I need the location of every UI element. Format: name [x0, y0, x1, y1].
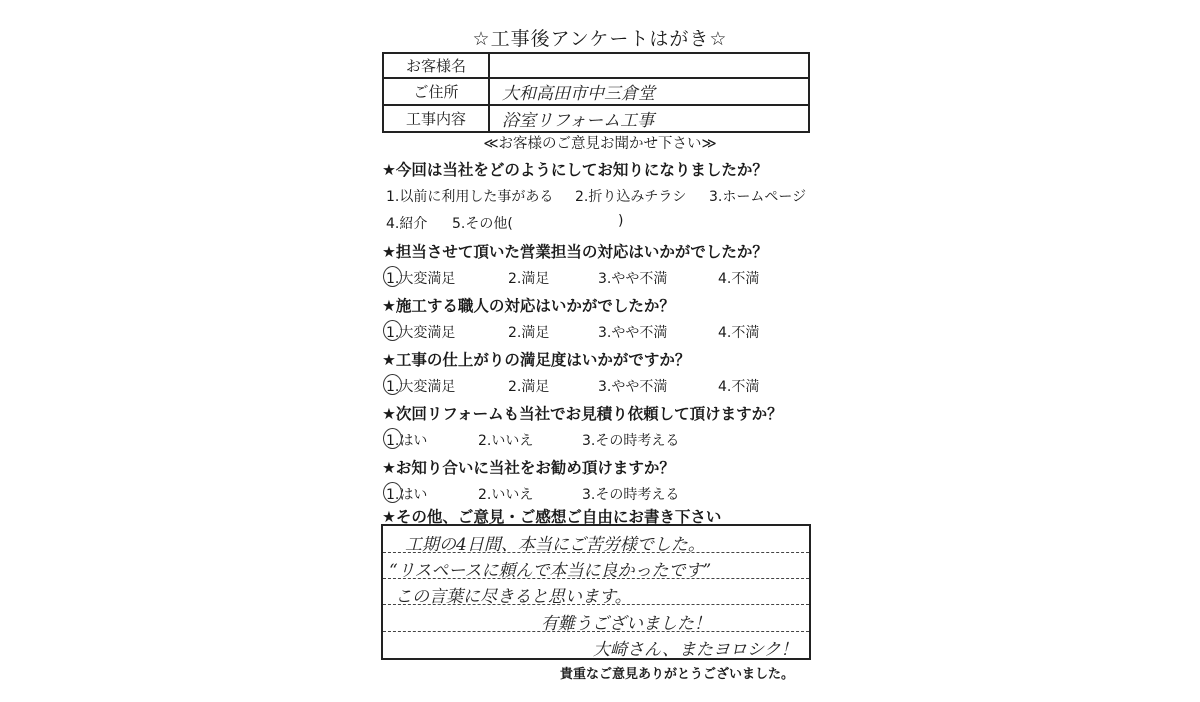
- option: ): [618, 213, 623, 229]
- option: 3.その時考える: [582, 430, 679, 450]
- option: 2.満足: [508, 322, 549, 342]
- option-selected: 1.大変満足: [386, 268, 455, 288]
- address-label: ご住所: [383, 78, 489, 105]
- customer-info-table: お客様名 ご住所 大和高田市中三倉堂 工事内容 浴室リフォーム工事: [382, 52, 810, 133]
- option-selected: 1.はい: [386, 430, 427, 450]
- question-2: ★担当させて頂いた営業担当の対応はいかがでしたか？: [382, 240, 768, 262]
- option: 2.いいえ: [478, 484, 533, 504]
- option-selected: 1.大変満足: [386, 322, 455, 342]
- footer-thanks: 貴重なご意見ありがとうございました。: [560, 663, 794, 682]
- work-content-row: 工事内容 浴室リフォーム工事: [383, 105, 809, 132]
- question-1: ★今回は当社をどのようにしてお知りになりましたか？: [382, 158, 768, 180]
- page-title: ☆工事後アンケートはがき☆: [0, 24, 1200, 51]
- option: 3.やや不満: [598, 376, 667, 396]
- option: 4.紹介: [386, 213, 427, 233]
- address-row: ご住所 大和高田市中三倉堂: [383, 78, 809, 105]
- customer-name-row: お客様名: [383, 53, 809, 78]
- customer-name-value: [489, 53, 809, 78]
- option-selected: 1.はい: [386, 484, 427, 504]
- option: 2.満足: [508, 376, 549, 396]
- comment-line-2: “リスペースに頼んで本当に良かったです”: [389, 556, 711, 581]
- work-content-value: 浴室リフォーム工事: [489, 105, 809, 132]
- work-content-label: 工事内容: [383, 105, 489, 132]
- comment-line-3: この言葉に尽きると思います。: [395, 582, 632, 607]
- option: 3.やや不満: [598, 322, 667, 342]
- option: 3.ホームページ: [709, 186, 806, 206]
- comment-box: 工期の4日間、本当にご苦労様でした。 “リスペースに頼んで本当に良かったです” …: [381, 524, 811, 660]
- question-4: ★工事の仕上がりの満足度はいかがですか？: [382, 348, 690, 370]
- comment-line-5: 大崎さん、またヨロシク！: [593, 635, 798, 660]
- option: 2.満足: [508, 268, 549, 288]
- comment-line-1: 工期の4日間、本当にご苦労様でした。: [405, 530, 705, 555]
- option: 2.折り込みチラシ: [575, 186, 686, 206]
- question-5: ★次回リフォームも当社でお見積り依頼して頂けますか？: [382, 402, 783, 424]
- option: 3.その時考える: [582, 484, 679, 504]
- question-6: ★お知り合いに当社をお勧め頂けますか？: [382, 456, 675, 478]
- option: 4.不満: [718, 376, 759, 396]
- customer-name-label: お客様名: [383, 53, 489, 78]
- question-3: ★施工する職人の対応はいかがでしたか？: [382, 294, 675, 316]
- subtitle: ≪お客様のご意見お聞かせ下さい≫: [0, 132, 1200, 153]
- comment-line-4: 有難うございました！: [541, 609, 711, 634]
- option: 1.以前に利用した事がある: [386, 186, 553, 206]
- option-selected: 1.大変満足: [386, 376, 455, 396]
- address-value: 大和高田市中三倉堂: [489, 78, 809, 105]
- option: 3.やや不満: [598, 268, 667, 288]
- option: 4.不満: [718, 322, 759, 342]
- option: 4.不満: [718, 268, 759, 288]
- option: 2.いいえ: [478, 430, 533, 450]
- option: 5.その他(: [452, 213, 513, 233]
